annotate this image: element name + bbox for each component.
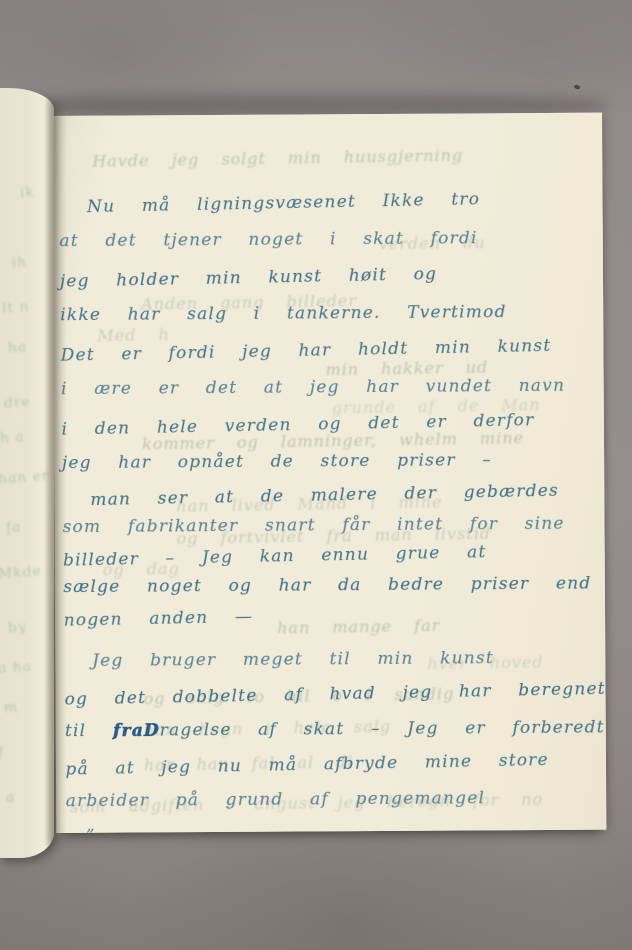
handwriting-text: billeder – Jeg kan ennu grue at: [63, 542, 487, 570]
handwriting-text: og det dobbelte af hvad jeg har beregnet: [64, 679, 606, 710]
previous-page-edge: ikihlt nhadreh ahan erfaMkdebya hamfa: [0, 88, 54, 858]
handwriting-text: i den hele verden og det er derfor: [61, 410, 534, 439]
previous-page-fragment: h a: [0, 429, 26, 447]
handwriting-text: til: [65, 721, 113, 741]
previous-page-fragment: ik: [18, 184, 36, 201]
handwriting-text: ragelse af skat – Jeg er forberedt: [160, 717, 605, 740]
notebook-page: Havde jeg solgt min huusgjerningverden d…: [52, 113, 606, 833]
previous-page-fragment: ha: [6, 339, 28, 356]
handwriting-text: arbeider på grund af pengemangel: [66, 788, 486, 811]
previous-page-fragment: han er: [0, 468, 51, 488]
handwriting-block: Nu må ligningsvæsenet Ikke troat det tje…: [59, 181, 602, 820]
previous-page-fragment: a: [4, 790, 17, 807]
handwriting-text: jeg holder min kunst høit og: [60, 264, 438, 292]
handwriting-text: Nu må ligningsvæsenet Ikke tro: [87, 189, 480, 217]
handwriting-text: Jeg bruger meget til min kunst: [92, 648, 494, 671]
handwriting-text: nogen anden —: [64, 607, 254, 631]
handwriting-text: ikke har salg i tankerne. Tvertimod: [60, 302, 507, 325]
previous-page-fragment: ih: [10, 254, 29, 271]
handwriting-text: jeg har opnået de store priser –: [62, 450, 492, 473]
bottom-ink-mark: „: [86, 816, 94, 833]
previous-page-fragment: m: [2, 700, 19, 717]
previous-page-fragment: by: [6, 619, 28, 636]
previous-page-fragment: lt n: [0, 299, 31, 317]
handwriting-text: i ære er det at jeg har vundet navn: [61, 376, 565, 400]
previous-page-fragment: f: [0, 745, 6, 761]
handwriting-text: som fabrikanter snart får intet for sine: [63, 514, 565, 538]
photo-background: ikihlt nhadreh ahan erfaMkdebya hamfa Ha…: [0, 0, 632, 950]
handwriting-text: at det tjener noget i skat fordi: [59, 228, 477, 251]
handwriting-text: Det er fordi jeg har holdt min kunst: [60, 336, 551, 366]
previous-page-fragment: dre: [2, 394, 32, 412]
felt-speck: [573, 84, 580, 90]
handwriting-text: på at jeg nu må afbryde mine store: [65, 750, 549, 780]
previous-page-fragment: a ha: [0, 659, 34, 677]
previous-page-fragment: fa: [4, 519, 23, 536]
ghost-line: Havde jeg solgt min huusgjerning: [92, 146, 463, 171]
handwriting-text: sælge noget og har da bedre priser end: [63, 573, 591, 597]
previous-page-fragment: Mkde: [0, 563, 43, 582]
overwritten-word: fraD: [113, 721, 160, 741]
handwriting-line: arbeider på grund af pengemangel: [66, 780, 602, 819]
handwriting-text: man ser at de malere der gebærdes: [90, 481, 559, 510]
